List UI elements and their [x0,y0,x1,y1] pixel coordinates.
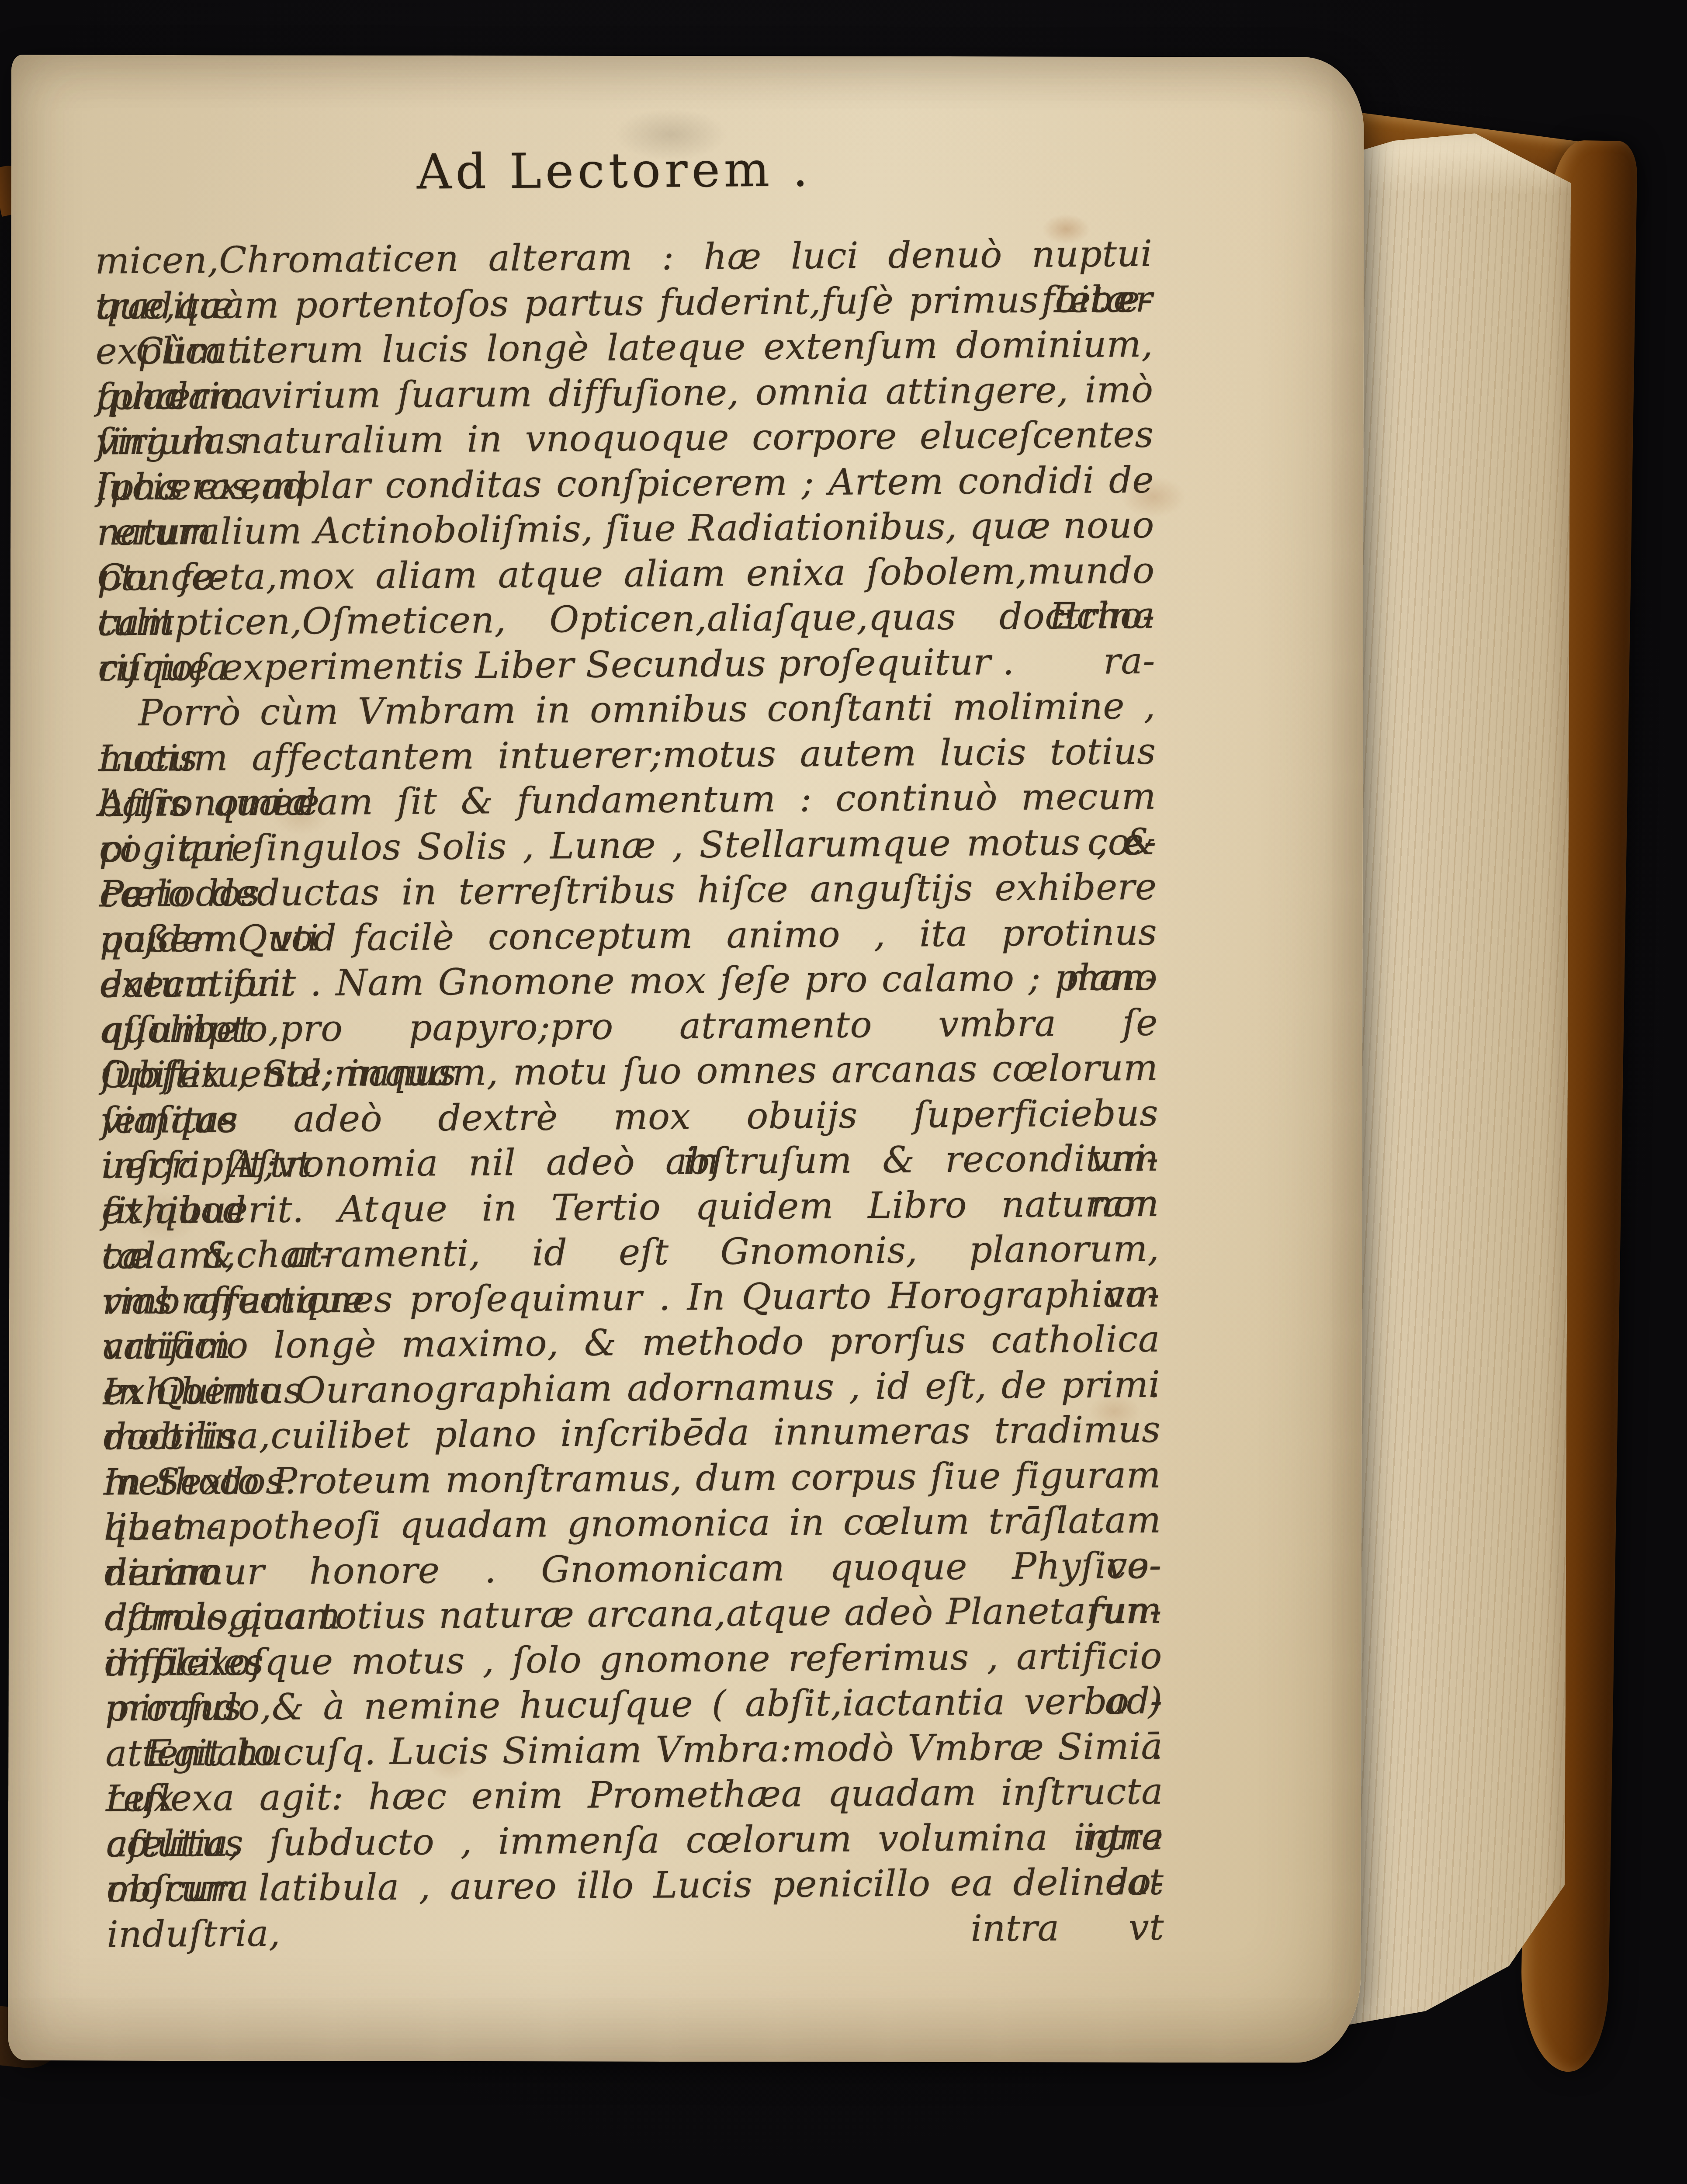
text-line: In Sexto Proteum monſtramus, dum corpus … [104,1452,1161,1505]
text-line: quadam virium ſuarum diffuſione, omnia a… [96,367,1154,419]
text-block: Ad Lectorem . micen,Chromaticen alteram … [94,140,1164,1957]
text-line: doctrina,cuilibet plano inſcribēda innum… [103,1407,1161,1459]
text-line: motum affectantem intuerer;motus autem l… [98,728,1156,781]
text-line: neramur honore . Gnomonicam quoque Phyſi… [104,1543,1162,1595]
text-line: implexoſque motus , ſolo gnomone referim… [104,1633,1162,1685]
text-line: pi , qui ſingulos Solis , Lunæ , Stellar… [99,819,1157,871]
text-line: naturalium Actinoboliſmis, ſiue Radiatio… [97,503,1154,555]
text-line: reflexa agit: hæc enim Promethæa quadam … [106,1769,1164,1821]
text-line: aſſumpto,pro papyro;pro atramento vmbra … [100,1000,1158,1052]
text-line: Cùm iterum lucis longè lateque extenſum … [96,322,1154,374]
text-line: cœlo deductas in terreſtribus hiſce angu… [99,864,1157,917]
text-line: artificio longè maximo, & methodo prorſu… [102,1317,1160,1369]
text-line: datum fuit . Nam Gnomone mox ſeſe pro ca… [100,955,1158,1007]
text-line: virium naturalium in vnoquoque corpore e… [96,412,1154,465]
text-line: exhibuerit. Atque in Tertio quidem Libro… [101,1181,1159,1233]
body-text: micen,Chromaticen alteram : hæ luci denu… [95,231,1164,1912]
text-line: lucis exemplar conditas conſpicerem ; Ar… [97,457,1154,510]
text-line: libet apotheoſi quadam gnomonica in cœlu… [104,1498,1161,1550]
text-line: damus,qua totius naturæ arcana,atque ade… [104,1588,1162,1640]
text-line: quidem vti facilè conceptum animo , ita … [100,909,1157,962]
text-line: tæ & atramenti, id eſt Gnomonis, planoru… [102,1226,1160,1279]
text-line: Porrò cùm Vmbram in omnibus conſtanti mo… [98,683,1156,736]
text-line: cœlitus ſubducto , immenſa cœlorum volum… [106,1814,1164,1866]
text-line: uerſa Aſtronomia nil adeò abſtruſum & re… [101,1136,1159,1188]
text-line: Egit hucuſq. Lucis Simiam Vmbra:modò Vmb… [105,1723,1163,1776]
text-line: riſque experimentis Liber Secundus proſe… [98,638,1156,690]
text-line: In Quinto Ouranographiam adornamus , id … [103,1362,1160,1414]
text-line: campticen,Oſmeticen, Opticen,aliaſque,qu… [97,593,1155,645]
text-line: morum latibula , aureo illo Lucis penici… [106,1859,1164,1912]
page-heading: Ad Lectorem . [94,140,1135,201]
text-line: ptu fœta,mox aliam atque aliam enixa ſob… [97,548,1155,600]
text-line: rias affectiones proſequimur . In Quarto… [102,1271,1160,1324]
text-line: mirando,& à nemine hucuſque ( abſit,iact… [105,1678,1163,1731]
text-line: Opifex , Sol, inquam, motu ſuo omnes arc… [100,1045,1158,1098]
photo-background: Ad Lectorem . micen,Chromaticen alteram … [0,0,1687,2184]
text-line: micen,Chromaticen alteram : hæ luci denu… [95,231,1153,284]
text-line: viaſque adeò dextrè mox obuijs ſuperfici… [101,1090,1159,1143]
text-line: baſis quædam ſit & fundamentum : continu… [99,774,1157,826]
book-page: Ad Lectorem . micen,Chromaticen alteram … [8,55,1364,2063]
text-line: que,quàm portentoſos partus fuderint,fuſ… [95,276,1153,329]
